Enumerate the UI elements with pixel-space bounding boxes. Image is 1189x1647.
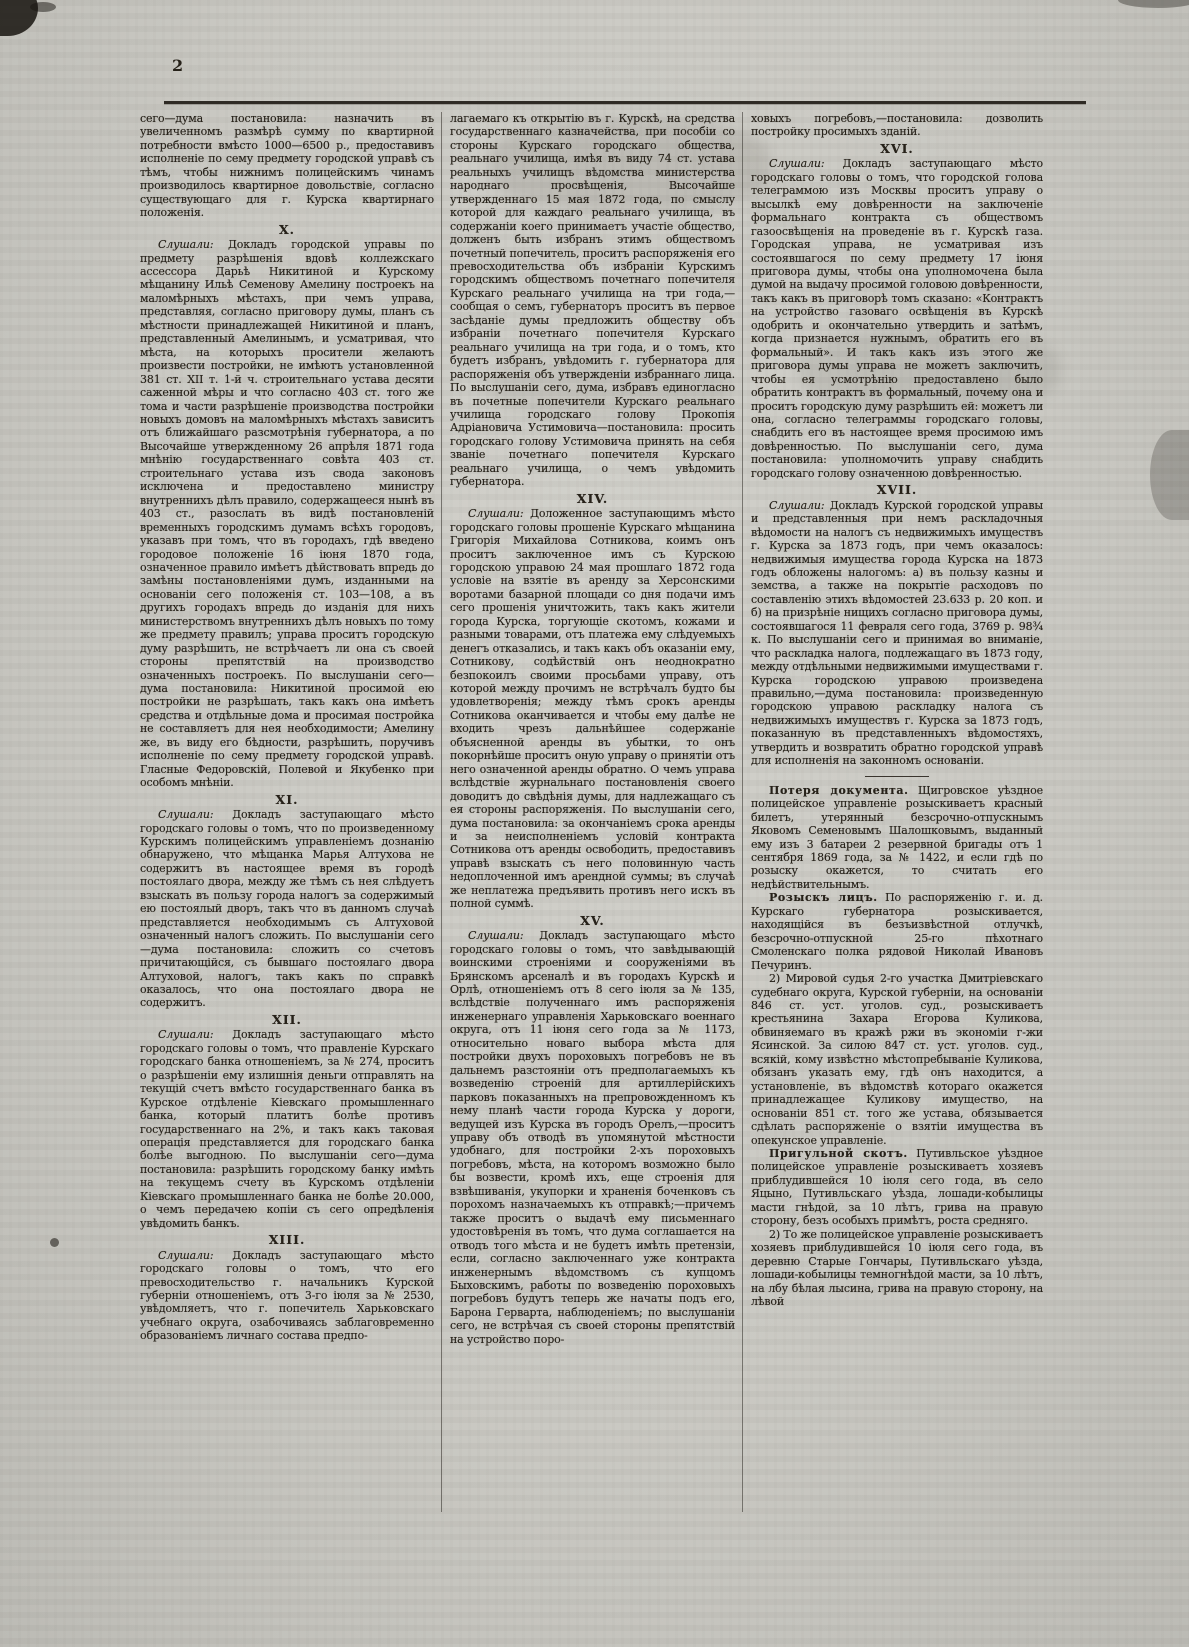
item-lead: Слушали:: [468, 507, 523, 520]
minutes-item-x: Слушали: Докладъ городской управы по пре…: [140, 238, 434, 790]
minutes-item-xvii: Слушали: Докладъ Курской городской управ…: [751, 499, 1043, 768]
column-1: сего—дума постановила: назначить въ увел…: [140, 112, 441, 1512]
section-heading-xii: XII.: [140, 1013, 434, 1026]
minutes-item-xv: Слушали: Докладъ заступающаго мѣсто горо…: [450, 929, 735, 1346]
section-heading-x: X.: [140, 223, 434, 236]
item-text: Докладъ заступающаго мѣсто городскаго го…: [140, 1028, 434, 1229]
notice-wanted-persons-2: 2) Мировой судья 2-го участка Дмитріевск…: [751, 972, 1043, 1147]
section-divider: [865, 776, 929, 777]
item-text: Докладъ заступающаго мѣсто городскаго го…: [140, 1249, 434, 1343]
page-number: 2: [172, 56, 184, 75]
minutes-item-xvi: Слушали: Докладъ заступающаго мѣсто горо…: [751, 157, 1043, 480]
column-2: лагаемаго къ открытію въ г. Курскѣ, на с…: [441, 112, 742, 1512]
notice-title: Потеря документа.: [769, 784, 909, 797]
section-heading-xvi: XVI.: [751, 142, 1043, 155]
section-heading-xiii: XIII.: [140, 1233, 434, 1246]
section-heading-xiv: XIV.: [450, 492, 735, 505]
section-heading-xvii: XVII.: [751, 483, 1043, 496]
minutes-item-xii: Слушали: Докладъ заступающаго мѣсто горо…: [140, 1028, 434, 1230]
newspaper-columns: сего—дума постановила: назначить въ увел…: [140, 112, 1086, 1512]
item-lead: Слушали:: [158, 1249, 213, 1262]
ink-smudge: [1150, 430, 1189, 520]
item-text: Доложенное заступающимъ мѣсто городскаго…: [450, 507, 735, 910]
section-heading-xv: XV.: [450, 914, 735, 927]
paragraph-continuation: лагаемаго къ открытію въ г. Курскѣ, на с…: [450, 112, 735, 489]
notice-title: Пригульной скотъ.: [769, 1147, 908, 1160]
item-lead: Слушали:: [158, 808, 213, 821]
minutes-item-xi: Слушали: Докладъ заступающаго мѣсто горо…: [140, 808, 434, 1010]
item-lead: Слушали:: [158, 238, 213, 251]
ink-smudge: [0, 0, 38, 36]
ink-smudge: [50, 1238, 59, 1247]
minutes-item-xiv: Слушали: Доложенное заступающимъ мѣсто г…: [450, 507, 735, 911]
item-lead: Слушали:: [769, 499, 824, 512]
item-lead: Слушали:: [769, 157, 824, 170]
notice-stray-cattle: Пригульной скотъ. Путивльское уѣздное по…: [751, 1147, 1043, 1228]
paragraph-continuation: ховыхъ погребовъ,—постановила: дозволить…: [751, 112, 1043, 139]
item-text: Докладъ заступающаго мѣсто городскаго го…: [751, 157, 1043, 479]
notice-stray-cattle-2: 2) То же полицейское управленіе розыскив…: [751, 1228, 1043, 1309]
notice-lost-document: Потеря документа. Щигровское уѣздное пол…: [751, 784, 1043, 892]
ink-smudge: [30, 2, 56, 12]
notice-text: Щигровское уѣздное полицейское управлені…: [751, 784, 1043, 891]
item-text: Докладъ городской управы по предмету раз…: [140, 238, 434, 789]
item-text: Докладъ заступающаго мѣсто городскаго го…: [450, 929, 735, 1346]
notice-wanted-persons: Розыскъ лицъ. По распоряженію г. и. д. К…: [751, 891, 1043, 972]
notice-title: Розыскъ лицъ.: [769, 891, 878, 904]
item-lead: Слушали:: [468, 929, 523, 942]
column-3: ховыхъ погребовъ,—постановила: дозволить…: [742, 112, 1043, 1512]
header-rule: [164, 101, 1086, 104]
section-heading-xi: XI.: [140, 793, 434, 806]
paragraph-continuation: сего—дума постановила: назначить въ увел…: [140, 112, 434, 220]
minutes-item-xiii: Слушали: Докладъ заступающаго мѣсто горо…: [140, 1249, 434, 1343]
item-lead: Слушали:: [158, 1028, 213, 1041]
item-text: Докладъ заступающаго мѣсто городскаго го…: [140, 808, 434, 1009]
ink-smudge: [1118, 0, 1189, 8]
item-text: Докладъ Курской городской управы и предс…: [751, 499, 1043, 768]
